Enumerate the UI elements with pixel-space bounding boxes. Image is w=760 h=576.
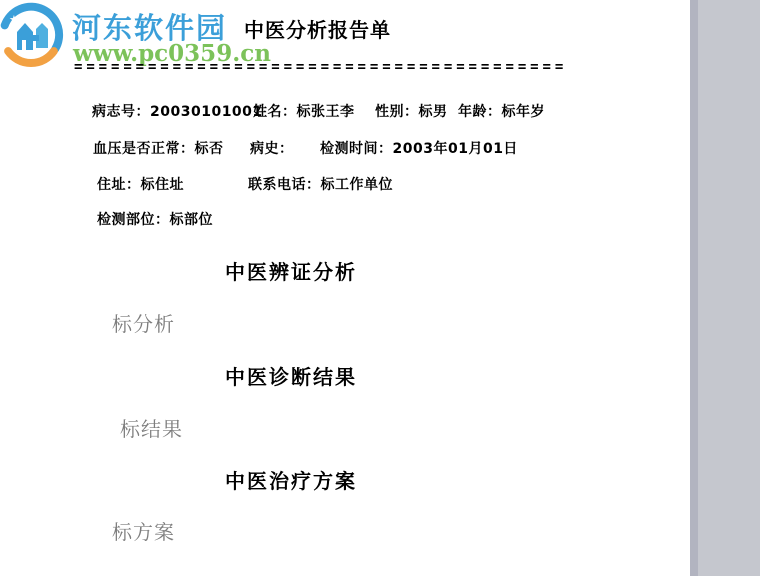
field-label: 病史：	[250, 141, 294, 157]
field-history: 病史：	[250, 138, 294, 158]
field-value: 标男	[419, 104, 448, 120]
field-value: 标张王李	[297, 104, 355, 120]
field-label: 检测部位：	[97, 212, 170, 228]
field-gender: 性别：标男	[375, 101, 448, 121]
field-label: 联系电话：	[248, 177, 321, 193]
field-value: 2003年01月01日	[393, 141, 518, 157]
field-value: 标年岁	[502, 104, 546, 120]
field-label: 性别：	[375, 104, 419, 120]
report-page: ★ 河东软件园 www.pc0359.cn 中医分析报告单 ==========…	[0, 0, 690, 576]
section-heading-analysis: 中医辨证分析	[225, 256, 357, 285]
field-label: 血压是否正常：	[93, 141, 195, 157]
section-heading-diagnosis: 中医诊断结果	[225, 361, 357, 390]
field-name: 姓名：标张王李	[253, 101, 355, 121]
field-label: 年龄：	[458, 104, 502, 120]
section-content-diagnosis: 标结果	[120, 413, 183, 442]
field-label: 检测时间：	[320, 141, 393, 157]
field-address: 住址：标住址	[97, 174, 184, 194]
field-test-time: 检测时间：2003年01月01日	[320, 138, 518, 158]
field-value: 标工作单位	[321, 177, 394, 193]
field-value: 标部位	[170, 212, 214, 228]
section-content-analysis: 标分析	[112, 308, 175, 337]
field-value: 标否	[195, 141, 224, 157]
field-age: 年龄：标年岁	[458, 101, 545, 121]
section-content-treatment: 标方案	[112, 516, 175, 545]
separator-line: ========================================	[74, 59, 567, 75]
field-test-part: 检测部位：标部位	[97, 209, 213, 229]
star-icon: ★	[9, 13, 19, 26]
field-label: 住址：	[97, 177, 141, 193]
field-value: 标住址	[141, 177, 185, 193]
report-viewer: ★ 河东软件园 www.pc0359.cn 中医分析报告单 ==========…	[0, 0, 760, 576]
hedong-logo-icon: ★	[0, 2, 66, 72]
page-right-edge	[690, 0, 698, 576]
field-record-no: 病志号：20030101001	[92, 101, 263, 121]
field-phone: 联系电话：标工作单位	[248, 174, 393, 194]
field-label: 姓名：	[253, 104, 297, 120]
report-title: 中医分析报告单	[244, 14, 391, 43]
field-blood-pressure: 血压是否正常：标否	[93, 138, 224, 158]
field-label: 病志号：	[92, 104, 150, 120]
section-heading-treatment: 中医治疗方案	[225, 465, 357, 494]
field-value: 20030101001	[150, 104, 263, 120]
